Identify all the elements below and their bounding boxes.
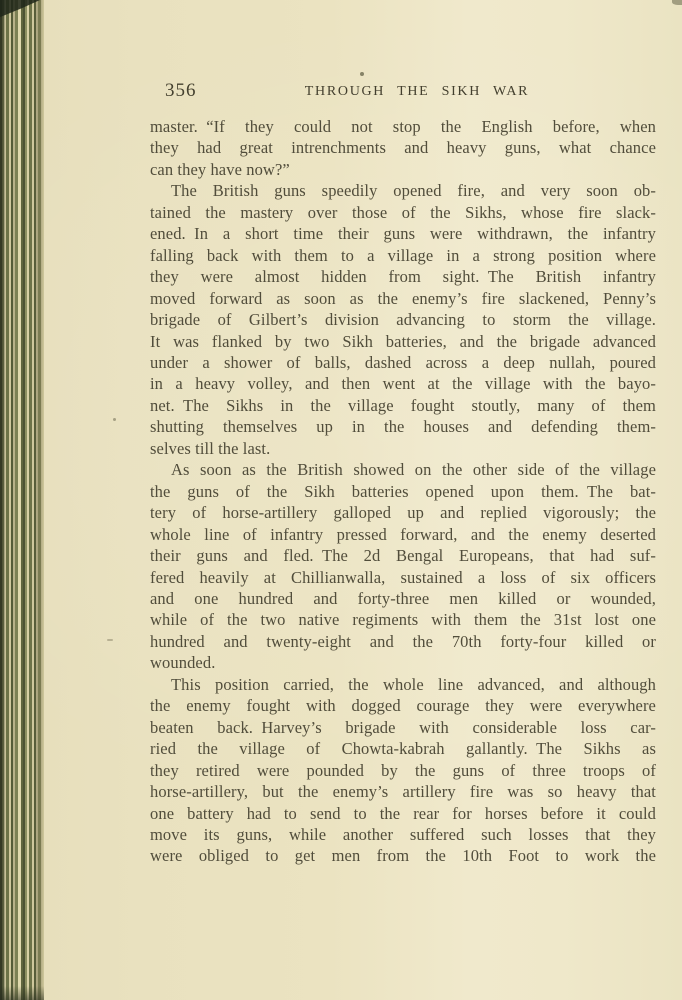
text-line: beaten back. Harvey’s brigade with consi… bbox=[150, 717, 656, 738]
ink-speck bbox=[113, 418, 116, 421]
text-line: the guns of the Sikh batteries opened up… bbox=[150, 481, 656, 502]
text-line: in a heavy volley, and then went at the … bbox=[150, 373, 656, 394]
page-header: 356 THROUGH THE SIKH WAR bbox=[150, 80, 656, 106]
text-line: As soon as the British showed on the oth… bbox=[150, 459, 656, 480]
text-line: can they have now?” bbox=[150, 159, 656, 180]
paragraph: The British guns speedily opened fire, a… bbox=[150, 180, 656, 459]
text-line: they retired were pounded by the guns of… bbox=[150, 760, 656, 781]
paragraph: master. “If they could not stop the Engl… bbox=[150, 116, 656, 180]
text-line: fered heavily at Chillianwalla, sustaine… bbox=[150, 567, 656, 588]
text-line: one battery had to send to the rear for … bbox=[150, 803, 656, 824]
text-line: hundred and twenty-eight and the 70th fo… bbox=[150, 631, 656, 652]
text-line: net. The Sikhs in the village fought sto… bbox=[150, 395, 656, 416]
text-line: ened. In a short time their guns were wi… bbox=[150, 223, 656, 244]
text-line: moved forward as soon as the enemy’s fir… bbox=[150, 288, 656, 309]
ink-speck bbox=[360, 72, 364, 76]
text-line: while of the two native regiments with t… bbox=[150, 609, 656, 630]
text-line: shutting themselves up in the houses and… bbox=[150, 416, 656, 437]
text-line: the enemy fought with dogged courage the… bbox=[150, 695, 656, 716]
text-line: master. “If they could not stop the Engl… bbox=[150, 116, 656, 137]
text-line: under a shower of balls, dashed across a… bbox=[150, 352, 656, 373]
scan-corner-artifact bbox=[672, 0, 682, 5]
text-line: were obliged to get men from the 10th Fo… bbox=[150, 845, 656, 866]
text-line: tery of horse-artillery galloped up and … bbox=[150, 502, 656, 523]
paragraph: This position carried, the whole line ad… bbox=[150, 674, 656, 867]
text-line: falling back with them to a village in a… bbox=[150, 245, 656, 266]
text-line: their guns and fled. The 2d Bengal Europ… bbox=[150, 545, 656, 566]
text-line: and one hundred and forty-three men kill… bbox=[150, 588, 656, 609]
text-line: It was flanked by two Sikh batteries, an… bbox=[150, 331, 656, 352]
text-line: This position carried, the whole line ad… bbox=[150, 674, 656, 695]
body-text: master. “If they could not stop the Engl… bbox=[150, 116, 656, 867]
paragraph: As soon as the British showed on the oth… bbox=[150, 459, 656, 674]
ink-speck bbox=[107, 639, 113, 641]
text-line: whole line of infantry pressed forward, … bbox=[150, 524, 656, 545]
text-line: horse-artillery, but the enemy’s artille… bbox=[150, 781, 656, 802]
book-fore-edge bbox=[0, 0, 44, 1000]
text-line: move its guns, while another suffered su… bbox=[150, 824, 656, 845]
text-line: ried the village of Chowta-kabrah gallan… bbox=[150, 738, 656, 759]
text-line: tained the mastery over those of the Sik… bbox=[150, 202, 656, 223]
text-line: they had great intrenchments and heavy g… bbox=[150, 137, 656, 158]
text-line: brigade of Gilbert’s division advancing … bbox=[150, 309, 656, 330]
text-line: wounded. bbox=[150, 652, 656, 673]
running-header-title: THROUGH THE SIKH WAR bbox=[150, 84, 682, 100]
text-line: selves till the last. bbox=[150, 438, 656, 459]
text-line: The British guns speedily opened fire, a… bbox=[150, 180, 656, 201]
text-line: they were almost hidden from sight. The … bbox=[150, 266, 656, 287]
